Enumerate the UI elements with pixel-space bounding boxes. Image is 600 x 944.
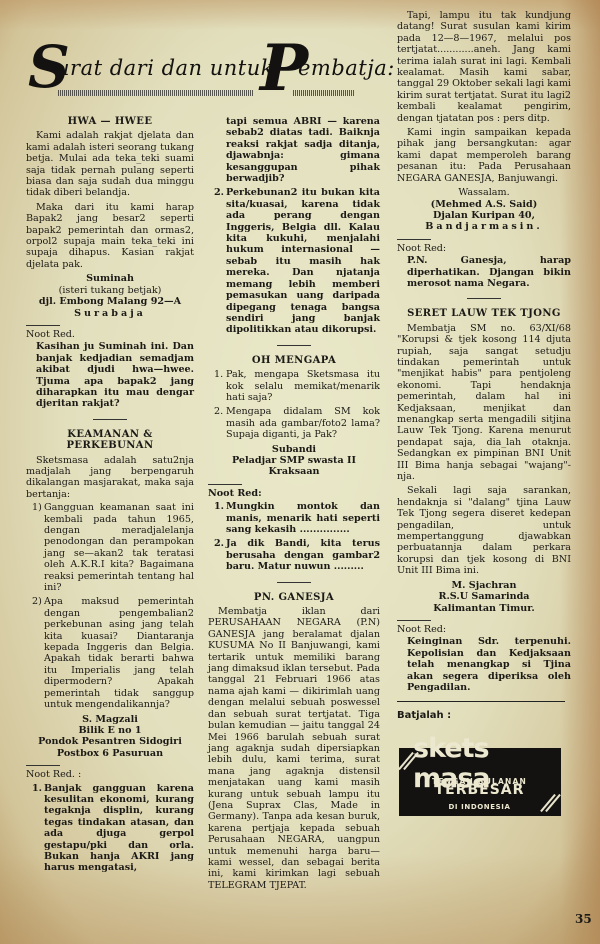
masthead-ornament-rule xyxy=(293,90,355,96)
section-rule xyxy=(397,701,565,702)
question-list: 1) Gangguan keamanan saat ini kembali pa… xyxy=(26,502,194,710)
masthead: S urat dari dan untuk P embatja: xyxy=(28,34,378,110)
signature-city: Surabaja xyxy=(26,308,194,319)
ad-tagline-3: DI INDONESIA xyxy=(397,802,562,813)
letter-paragraph: Sekali lagi saja sarankan, hendaknja si … xyxy=(397,485,571,576)
letter-paragraph: Sketsmasa adalah satu2nja madjalah jang … xyxy=(26,455,194,501)
signature-line: Postbox 6 Pasuruan xyxy=(26,748,194,759)
item-text: Banjak gangguan karena kesulitan ekonomi… xyxy=(44,783,194,874)
letter-signature: Subandi Peladjar SMP swasta II Kraksaan xyxy=(208,444,380,478)
sketsmasa-advertisement: skets masa TENGAH BULANAN TERBESAR DI IN… xyxy=(397,732,562,816)
letter-heading: SERET LAUW TEK TJONG xyxy=(397,308,571,319)
item-text: Perkebunan2 itu bukan kita sita/kuasai, … xyxy=(226,187,380,335)
letter-hwa-hwee: HWA — HWEE Kami adalah rakjat djelata da… xyxy=(26,116,194,410)
editor-note-item: 2. Ja dik Bandi, kita terus berusaha den… xyxy=(208,538,380,572)
divider xyxy=(277,582,311,583)
letter-signature: Wassalam. (Mehmed A.S. Said) Djalan Kuri… xyxy=(397,187,571,233)
letter-pn-ganesja: PN. GANESJA Membatja iklan dari PERUSAHA… xyxy=(208,592,380,892)
divider xyxy=(208,484,242,485)
column-middle: tapi semua ABRI — karena sebab2 diatas t… xyxy=(208,116,380,891)
letter-keamanan-perkebunan: KEAMANAN & PERKEBUNAN Sketsmasa adalah s… xyxy=(26,429,194,874)
signature-line: (isteri tukang betjak) xyxy=(26,285,194,296)
item-text: Mungkin montok dan manis, menarik hati s… xyxy=(226,501,380,535)
item-number: 1) xyxy=(32,502,42,513)
item-text: Mengapa didalam SM kok masih ada gambar/… xyxy=(226,406,380,440)
divider xyxy=(397,239,431,240)
item-number: 2) xyxy=(32,596,42,607)
signature-line: Pondok Pesantren Sidogiri xyxy=(26,736,194,747)
editor-note-item: 1. Mungkin montok dan manis, menarik hat… xyxy=(208,501,380,535)
question-list: 1. Pak, mengapa Sketsmasa itu kok selalu… xyxy=(208,369,380,440)
letter-paragraph: Membatja iklan dari PERUSAHAAN NEGARA (P… xyxy=(208,606,380,891)
letter-paragraph: Kami adalah rakjat djelata dan kami adal… xyxy=(26,130,194,198)
divider xyxy=(26,765,60,766)
editor-note-label: Noot Red: xyxy=(397,624,571,635)
signature-line: Peladjar SMP swasta II xyxy=(208,455,380,466)
masthead-text-2: embatja: xyxy=(298,56,395,80)
item-text: Gangguan keamanan saat ini kembali pada … xyxy=(44,502,194,593)
letter-heading: PN. GANESJA xyxy=(208,592,380,603)
signature-name: (Mehmed A.S. Said) xyxy=(397,199,571,210)
editor-note-item: 1. Banjak gangguan karena kesulitan ekon… xyxy=(26,783,194,874)
item-text: Apa maksud pemerintah dengan pengembalia… xyxy=(44,596,194,710)
letter-signature: S. Magzali Bilik E no 1 Pondok Pesantren… xyxy=(26,714,194,760)
item-number: 1. xyxy=(214,501,224,512)
editor-note-continuation: tapi semua ABRI — karena sebab2 diatas t… xyxy=(208,116,380,184)
letter-paragraph: Maka dari itu kami harap Bapak2 jang bes… xyxy=(26,202,194,270)
signature-name: S. Magzali xyxy=(26,714,194,725)
signature-name: Suminah xyxy=(26,273,194,284)
item-number: 1. xyxy=(32,783,42,794)
divider xyxy=(26,325,60,326)
letter-oh-mengapa: OH MENGAPA 1. Pak, mengapa Sketsmasa itu… xyxy=(208,355,380,573)
masthead-ornament-rule xyxy=(58,90,254,96)
editor-note-label: Noot Red. : xyxy=(26,769,194,780)
editor-note-item: 2. Perkebunan2 itu bukan kita sita/kuasa… xyxy=(208,187,380,335)
page-number: 35 xyxy=(575,912,592,926)
letter-paragraph: Membatja SM no. 63/XI/68 "Korupsi & tjek… xyxy=(397,323,571,483)
signature-line: djl. Embong Malang 92—A xyxy=(26,296,194,307)
letter-seret-lauw-tek-tjong: SERET LAUW TEK TJONG Membatja SM no. 63/… xyxy=(397,308,571,693)
letter-pn-ganesja-continued: Tapi, lampu itu tak kundjung datang! Sur… xyxy=(397,10,571,289)
editor-note-label: Noot Red: xyxy=(208,488,380,499)
editor-note-list: 2. Perkebunan2 itu bukan kita sita/kuasa… xyxy=(208,187,380,335)
column-left: HWA — HWEE Kami adalah rakjat djelata da… xyxy=(26,116,194,877)
letter-signature: Suminah (isteri tukang betjak) djl. Embo… xyxy=(26,273,194,319)
signature-line: Kalimantan Timur. xyxy=(397,603,571,614)
editor-note-list: 1. Banjak gangguan karena kesulitan ekon… xyxy=(26,783,194,874)
signature-name: M. Sjachran xyxy=(397,580,571,591)
signature-name: Subandi xyxy=(208,444,380,455)
signature-city: Bandjarmasin. xyxy=(397,221,571,232)
letter-paragraph: Kami ingin sampaikan kepada pihak jang b… xyxy=(397,127,571,184)
divider xyxy=(277,345,311,346)
item-number: 2. xyxy=(214,538,224,549)
promo-label: Batjalah : xyxy=(397,710,571,721)
letter-signature: M. Sjachran R.S.U Samarinda Kalimantan T… xyxy=(397,580,571,614)
divider xyxy=(397,620,431,621)
divider xyxy=(467,298,501,299)
letter-heading: HWA — HWEE xyxy=(26,116,194,127)
question-item: 1) Gangguan keamanan saat ini kembali pa… xyxy=(26,502,194,593)
signature-closing: Wassalam. xyxy=(397,187,571,198)
ad-tagline-2: TERBESAR xyxy=(397,785,562,796)
column-right: Tapi, lampu itu tak kundjung datang! Sur… xyxy=(397,8,571,816)
item-text: Ja dik Bandi, kita terus berusaha dengan… xyxy=(226,538,380,572)
editor-note-label: Noot Red. xyxy=(26,329,194,340)
letter-heading: KEAMANAN & PERKEBUNAN xyxy=(26,429,194,452)
divider xyxy=(93,419,127,420)
item-number: 2. xyxy=(214,406,223,417)
signature-line: Djalan Kuripan 40, xyxy=(397,210,571,221)
editor-note-text: P.N. Ganesja, harap diperhatikan. Djanga… xyxy=(397,255,571,289)
signature-line: R.S.U Samarinda xyxy=(397,591,571,602)
item-number: 2. xyxy=(214,187,224,198)
promo-batjalah: Batjalah : skets masa TENGAH BULANAN TER… xyxy=(397,710,571,815)
editor-note-text: Kasihan ju Suminah ini. Dan banjak kedja… xyxy=(26,341,194,409)
item-number: 1. xyxy=(214,369,223,380)
question-item: 1. Pak, mengapa Sketsmasa itu kok selalu… xyxy=(208,369,380,403)
masthead-text-1: urat dari dan untuk xyxy=(56,56,274,80)
question-item: 2. Mengapa didalam SM kok masih ada gamb… xyxy=(208,406,380,440)
signature-line: Kraksaan xyxy=(208,466,380,477)
editor-note-text: Keinginan Sdr. terpenuhi. Kepolisian dan… xyxy=(397,636,571,693)
editor-note-list: 1. Mungkin montok dan manis, menarik hat… xyxy=(208,501,380,572)
signature-line: Bilik E no 1 xyxy=(26,725,194,736)
question-item: 2) Apa maksud pemerintah dengan pengemba… xyxy=(26,596,194,710)
item-text: Pak, mengapa Sketsmasa itu kok selalu me… xyxy=(226,369,380,403)
letter-heading: OH MENGAPA xyxy=(208,355,380,366)
editor-note-label: Noot Red: xyxy=(397,243,571,254)
letter-paragraph: Tapi, lampu itu tak kundjung datang! Sur… xyxy=(397,10,571,124)
